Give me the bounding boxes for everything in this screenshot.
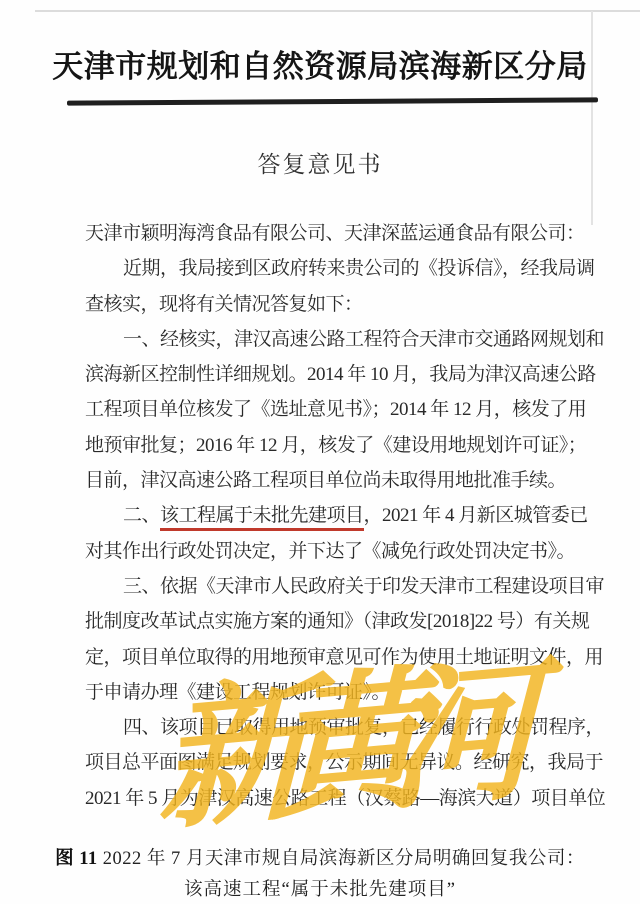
body-line: 天津市颖明海湾食品有限公司、天津深蓝运通食品有限公司：: [85, 216, 590, 251]
document-body: 天津市颖明海湾食品有限公司、天津深蓝运通食品有限公司： 近期，我局接到区政府转来…: [85, 216, 590, 816]
agency-header: 天津市规划和自然资源局滨海新区分局: [0, 41, 640, 86]
body-line: 批制度改革试点实施方案的通知》（津政发[2018]22 号）有关规: [85, 604, 590, 639]
emphasis-prefix: 二、: [123, 505, 160, 526]
scan-edge-artifact-top: [35, 10, 640, 12]
body-line: 地预审批复；2016 年 12 月，核发了《建设用地规划许可证》；: [85, 428, 590, 463]
body-line: 项目总平面图满足规划要求，公示期间无异议。经研究，我局于: [85, 745, 590, 780]
body-line: 定，项目单位取得的用地预审意见可作为使用土地证明文件，用: [85, 640, 590, 675]
caption-figure-label: 图 11: [55, 849, 98, 869]
body-line: 2021 年 5 月为津汉高速公路工程（汉蔡路—海滨大道）项目单位: [85, 781, 590, 816]
body-line: 目前，津汉高速公路工程项目单位尚未取得用地批准手续。: [85, 463, 590, 498]
body-line: 查核实，现将有关情况答复如下：: [85, 287, 590, 322]
body-line: 四、该项目已取得用地预审批复，已经履行行政处罚程序，: [85, 710, 590, 745]
body-line: 滨海新区控制性详细规划。2014 年 10 月，我局为津汉高速公路: [85, 357, 590, 392]
figure-caption-line2: 该高速工程“属于未批先建项目”: [0, 875, 640, 901]
body-line: 于申请办理《建设工程规划许可证》。: [85, 675, 590, 710]
caption-text: 2022 年 7 月天津市规自局滨海新区分局明确回复我公司：: [98, 849, 585, 869]
body-line-with-emphasis: 二、该工程属于未批先建项目，2021 年 4 月新区城管委已: [85, 498, 590, 533]
emphasis-suffix: ，2021 年 4 月新区城管委已: [364, 505, 588, 526]
body-line: 近期，我局接到区政府转来贵公司的《投诉信》，经我局调: [85, 251, 590, 286]
body-line: 对其作出行政处罚决定，并下达了《减免行政处罚决定书》。: [85, 534, 590, 569]
figure-caption-line1: 图 11 2022 年 7 月天津市规自局滨海新区分局明确回复我公司：: [0, 844, 640, 870]
document-title: 答复意见书: [0, 146, 640, 179]
body-line: 三、依据《天津市人民政府关于印发天津市工程建设项目审: [85, 569, 590, 604]
header-divider-rule: [67, 97, 598, 105]
body-line: 工程项目单位核发了《选址意见书》；2014 年 12 月，核发了用: [85, 392, 590, 427]
scanned-document-page: 天津市规划和自然资源局滨海新区分局 答复意见书 天津市颖明海湾食品有限公司、天津…: [0, 0, 640, 904]
body-line: 一、经核实，津汉高速公路工程符合天津市交通路网规划和: [85, 322, 590, 357]
red-underlined-phrase: 该工程属于未批先建项目: [160, 505, 364, 531]
